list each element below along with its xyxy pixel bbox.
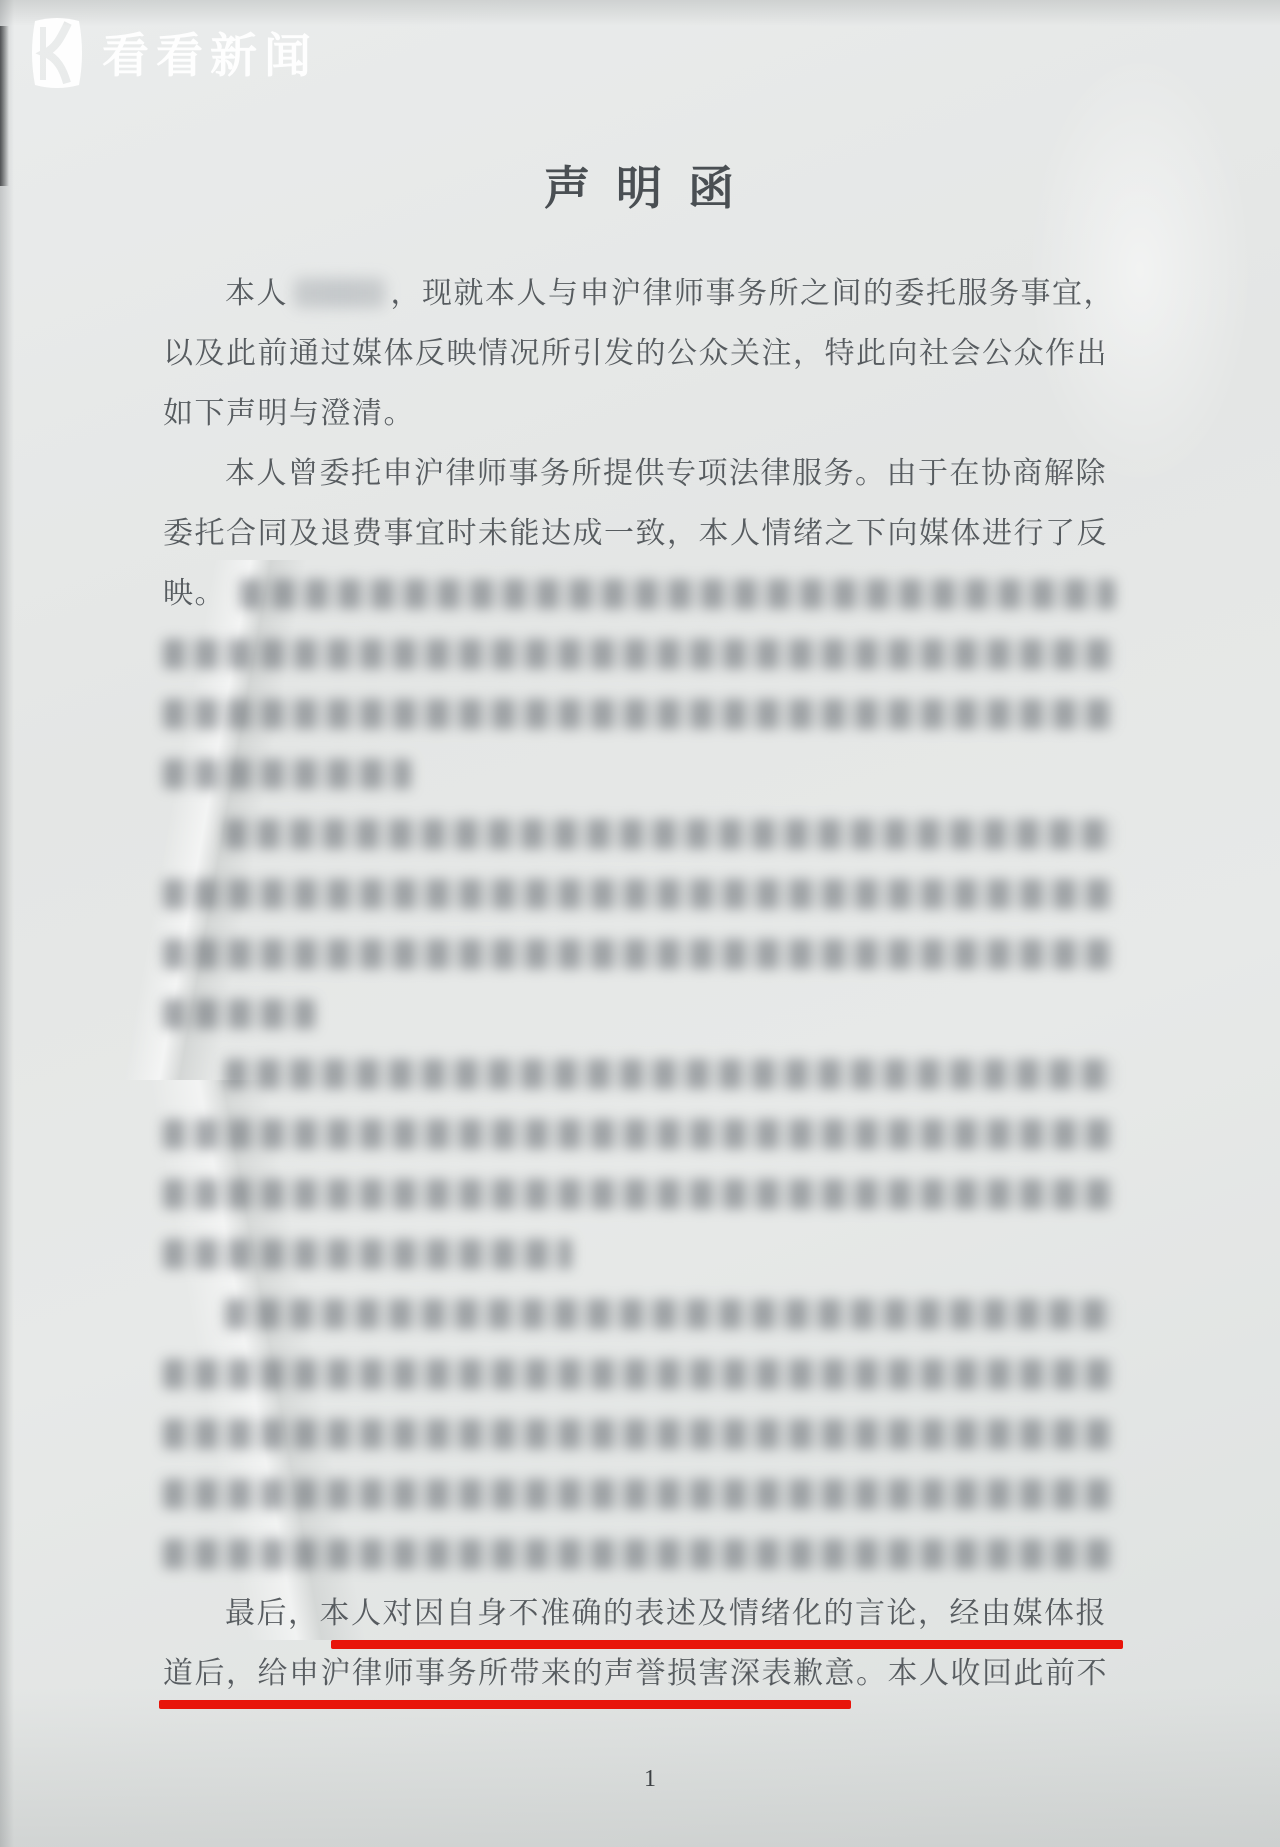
red-underline bbox=[331, 1640, 1123, 1649]
doc-line-19 bbox=[163, 1355, 1115, 1415]
redacted-blur-text bbox=[225, 819, 1115, 849]
redacted-blur-text bbox=[163, 1239, 572, 1269]
redacted-blur-text bbox=[163, 699, 1115, 729]
watermark-brand-text: 看看新闻 bbox=[102, 32, 318, 79]
doc-line-20 bbox=[163, 1415, 1115, 1475]
doc-line-24: 道后，给申沪律师事务所带来的声誉损害深表歉意。本人收回此前不 bbox=[163, 1655, 1115, 1715]
doc-line-1: 本人，现就本人与申沪律师事务所之间的委托服务事宜， bbox=[163, 275, 1115, 335]
watermark-logo: 看看新闻 bbox=[26, 14, 318, 97]
doc-text: 最后，本人对因自身不准确的表述及情绪化的言论，经由媒体报 bbox=[225, 1595, 1107, 1633]
doc-text: 道后，给申沪律师事务所带来的声誉损害深表歉意。本人收回此前不 bbox=[163, 1655, 1108, 1693]
redacted-blur-text bbox=[163, 1539, 1115, 1569]
redacted-blur-text bbox=[163, 1359, 1115, 1389]
redacted-blur-text bbox=[163, 759, 411, 789]
doc-text: 本人曾委托申沪律师事务所提供专项法律服务。由于在协商解除 bbox=[225, 455, 1107, 493]
doc-line-16 bbox=[163, 1175, 1115, 1235]
redacted-blur-text bbox=[163, 1179, 1115, 1209]
redacted-blur-text bbox=[225, 1059, 1115, 1089]
doc-line-23: 最后，本人对因自身不准确的表述及情绪化的言论，经由媒体报 bbox=[163, 1595, 1115, 1655]
doc-line-8 bbox=[163, 695, 1115, 755]
redacted-blur-text bbox=[163, 999, 315, 1029]
page-number: 1 bbox=[630, 1766, 670, 1793]
doc-text: 委托合同及退费事宜时未能达成一致，本人情绪之下向媒体进行了反 bbox=[163, 515, 1108, 553]
redacted-blur-text bbox=[240, 579, 1115, 609]
doc-line-18 bbox=[163, 1295, 1115, 1355]
doc-line-2: 以及此前通过媒体反映情况所引发的公众关注，特此向社会公众作出 bbox=[163, 335, 1115, 395]
doc-line-4: 本人曾委托申沪律师事务所提供专项法律服务。由于在协商解除 bbox=[163, 455, 1115, 515]
doc-line-21 bbox=[163, 1475, 1115, 1535]
doc-line-10 bbox=[163, 815, 1115, 875]
doc-line-9 bbox=[163, 755, 1115, 815]
red-underline bbox=[159, 1700, 851, 1709]
doc-line-17 bbox=[163, 1235, 1115, 1295]
doc-line-6: 映。 bbox=[163, 575, 1115, 635]
redacted-blur-text bbox=[163, 879, 1115, 909]
redacted-blur-text bbox=[163, 939, 1115, 969]
doc-line-13 bbox=[163, 995, 1115, 1055]
photo-edge-dark-sliver bbox=[0, 26, 9, 186]
doc-line-15 bbox=[163, 1115, 1115, 1175]
doc-line-5: 委托合同及退费事宜时未能达成一致，本人情绪之下向媒体进行了反 bbox=[163, 515, 1115, 575]
redacted-blur-text bbox=[163, 1419, 1115, 1449]
redacted-blur-text bbox=[163, 639, 1115, 669]
document-lines: 本人，现就本人与申沪律师事务所之间的委托服务事宜，以及此前通过媒体反映情况所引发… bbox=[163, 275, 1115, 1715]
redacted-blur-text bbox=[225, 1299, 1115, 1329]
doc-text: 如下声明与澄清。 bbox=[163, 395, 415, 433]
kankanews-k-logo-icon bbox=[26, 14, 88, 97]
doc-line-14 bbox=[163, 1055, 1115, 1115]
doc-text: 以及此前通过媒体反映情况所引发的公众关注，特此向社会公众作出 bbox=[163, 335, 1108, 373]
doc-line-7 bbox=[163, 635, 1115, 695]
doc-line-22 bbox=[163, 1535, 1115, 1595]
document-title: 声明函 bbox=[163, 152, 1115, 218]
redacted-name bbox=[294, 278, 385, 308]
doc-text: ，现就本人与申沪律师事务所之间的委托服务事宜， bbox=[391, 275, 1116, 313]
doc-line-12 bbox=[163, 935, 1115, 995]
redacted-blur-text bbox=[163, 1119, 1115, 1149]
redacted-blur-text bbox=[163, 1479, 1115, 1509]
doc-text: 映。 bbox=[163, 575, 226, 613]
doc-line-3: 如下声明与澄清。 bbox=[163, 395, 1115, 455]
doc-line-11 bbox=[163, 875, 1115, 935]
doc-text: 本人 bbox=[225, 275, 288, 313]
